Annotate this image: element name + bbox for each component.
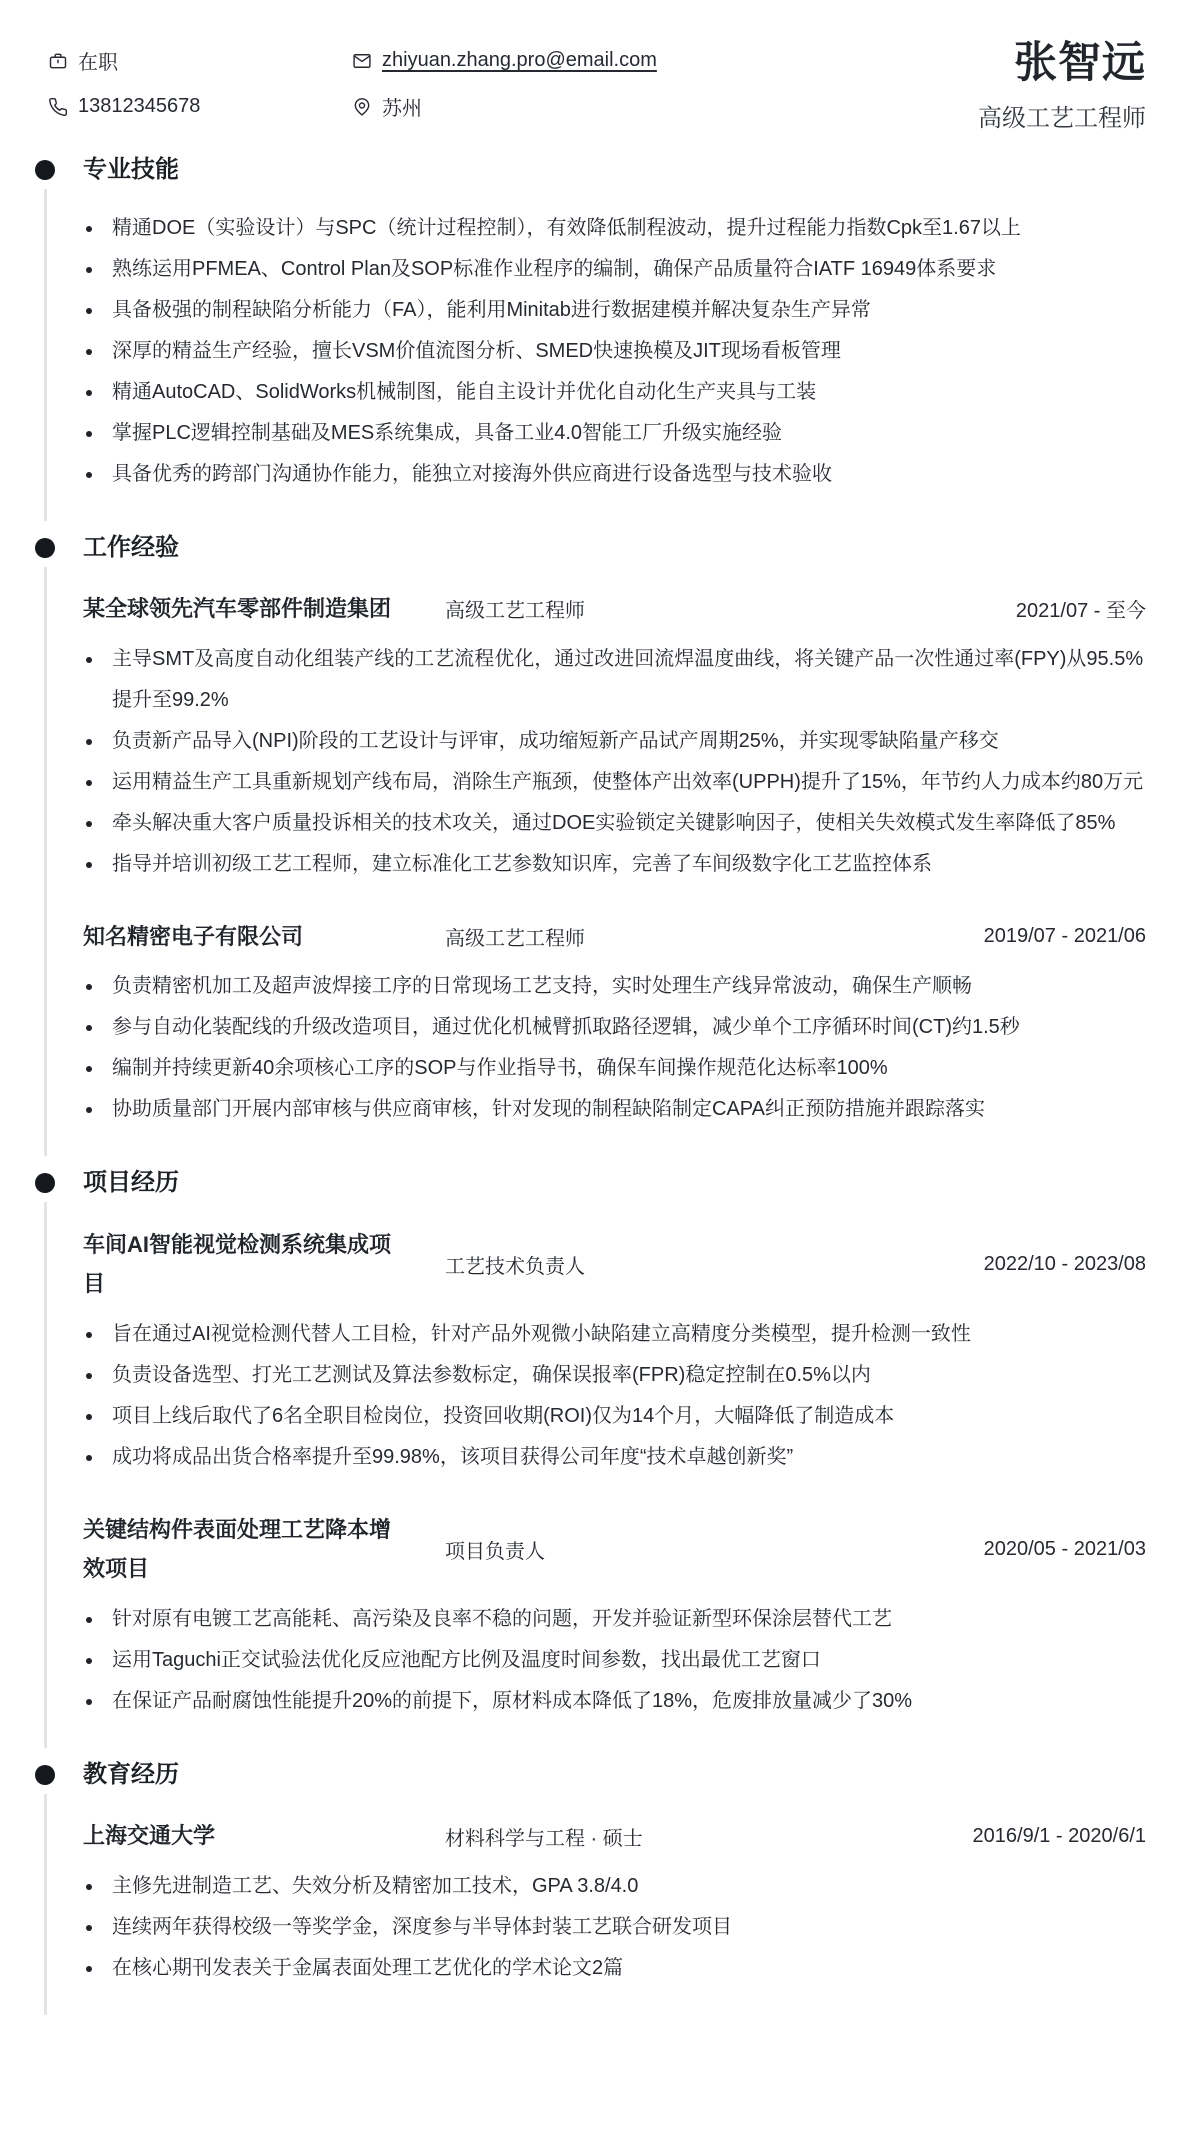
entry: 上海交通大学 材料科学与工程 · 硕士 2016/9/1 - 2020/6/1 … [83,1816,1146,1989]
entry: 车间AI智能视觉检测系统集成项目 工艺技术负责人 2022/10 - 2023/… [83,1225,1146,1478]
resume-section: 项目经历 车间AI智能视觉检测系统集成项目 工艺技术负责人 2022/10 - … [35,1170,1146,1722]
bullet-list: 精通DOE（实验设计）与SPC（统计过程控制），有效降低制程波动，提升过程能力指… [83,208,1146,495]
list-item: 运用精益生产工具重新规划产线布局，消除生产瓶颈，使整体产出效率(UPPH)提升了… [83,762,1146,803]
bullet-list: 负责精密机加工及超声波焊接工序的日常现场工艺支持，实时处理生产线异常波动，确保生… [83,966,1146,1130]
bullet-text: 主修先进制造工艺、失效分析及精密加工技术，GPA 3.8/4.0 [112,1866,1146,1907]
bullet-dot [86,780,92,786]
section-rail-line [44,567,47,1157]
email-link[interactable]: zhiyuan.zhang.pro@email.com [382,49,657,72]
entry-header: 知名精密电子有限公司 高级工艺工程师 2019/07 - 2021/06 [83,917,1146,957]
bullet-dot [86,349,92,355]
bullet-list: 旨在通过AI视觉检测代替人工目检，针对产品外观微小缺陷建立高精度分类模型，提升检… [83,1314,1146,1478]
entry-role: 高级工艺工程师 [398,594,1016,623]
list-item: 指导并培训初级工艺工程师，建立标准化工艺参数知识库，完善了车间级数字化工艺监控体… [83,844,1146,885]
entry-header: 上海交通大学 材料科学与工程 · 硕士 2016/9/1 - 2020/6/1 [83,1816,1146,1856]
bullet-text: 针对原有电镀工艺高能耗、高污染及良率不稳的问题，开发并验证新型环保涂层替代工艺 [112,1599,1146,1640]
bullet-text: 牵头解决重大客户质量投诉相关的技术攻关，通过DOE实验锁定关键影响因子，使相关失… [112,803,1146,844]
entry-name: 车间AI智能视觉检测系统集成项目 [83,1225,398,1304]
list-item: 在核心期刊发表关于金属表面处理工艺优化的学术论文2篇 [83,1948,1146,1989]
bullet-dot [86,821,92,827]
entry-date: 2016/9/1 - 2020/6/1 [973,1825,1146,1848]
bullet-text: 编制并持续更新40余项核心工序的SOP与作业指导书，确保车间操作规范化达标率10… [112,1048,1146,1089]
bullet-dot [86,1455,92,1461]
bullet-text: 负责设备选型、打光工艺测试及算法参数标定，确保误报率(FPR)稳定控制在0.5%… [112,1355,1146,1396]
bullet-dot [86,1107,92,1113]
entry-header: 某全球领先汽车零部件制造集团 高级工艺工程师 2021/07 - 至今 [83,589,1146,629]
entry-date: 2019/07 - 2021/06 [984,925,1146,948]
bullet-text: 精通DOE（实验设计）与SPC（统计过程控制），有效降低制程波动，提升过程能力指… [112,208,1146,249]
bullet-text: 熟练运用PFMEA、Control Plan及SOP标准作业程序的编制，确保产品… [112,249,1146,290]
section-rail-line [44,189,47,520]
bullet-dot [86,657,92,663]
bullet-text: 具备优秀的跨部门沟通协作能力，能独立对接海外供应商进行设备选型与技术验收 [112,454,1146,495]
section-body: 精通DOE（实验设计）与SPC（统计过程控制），有效降低制程波动，提升过程能力指… [83,208,1146,495]
bullet-dot [86,1373,92,1379]
entry-name: 某全球领先汽车零部件制造集团 [83,589,398,629]
bullet-text: 指导并培训初级工艺工程师，建立标准化工艺参数知识库，完善了车间级数字化工艺监控体… [112,844,1146,885]
section-body: 某全球领先汽车零部件制造集团 高级工艺工程师 2021/07 - 至今 主导SM… [83,589,1146,1130]
entry: 知名精密电子有限公司 高级工艺工程师 2019/07 - 2021/06 负责精… [83,917,1146,1131]
list-item: 旨在通过AI视觉检测代替人工目检，针对产品外观微小缺陷建立高精度分类模型，提升检… [83,1314,1146,1355]
list-item: 编制并持续更新40余项核心工序的SOP与作业指导书，确保车间操作规范化达标率10… [83,1048,1146,1089]
briefcase-icon [48,51,68,71]
list-item: 熟练运用PFMEA、Control Plan及SOP标准作业程序的编制，确保产品… [83,249,1146,290]
bullet-text: 掌握PLC逻辑控制基础及MES系统集成，具备工业4.0智能工厂升级实施经验 [112,413,1146,454]
entry-role: 工艺技术负责人 [398,1250,984,1279]
phone-icon [48,97,68,117]
bullet-dot [86,390,92,396]
bullet-text: 项目上线后取代了6名全职目检岗位，投资回收期(ROI)仅为14个月，大幅降低了制… [112,1396,1146,1437]
entry: 关键结构件表面处理工艺降本增效项目 项目负责人 2020/05 - 2021/0… [83,1510,1146,1722]
resume-section: 教育经历 上海交通大学 材料科学与工程 · 硕士 2016/9/1 - 2020… [35,1762,1146,1989]
section-rail-line [44,1202,47,1748]
section-title: 专业技能 [83,157,1146,183]
bullet-dot [86,308,92,314]
bullet-text: 深厚的精益生产经验，擅长VSM价值流图分析、SMED快速换模及JIT现场看板管理 [112,331,1146,372]
resume-page: 在职 zhiyuan.zhang.pro@email.com 138123456… [0,0,1191,2136]
list-item: 精通AutoCAD、SolidWorks机械制图，能自主设计并优化自动化生产夹具… [83,372,1146,413]
bullet-text: 协助质量部门开展内部审核与供应商审核，针对发现的制程缺陷制定CAPA纠正预防措施… [112,1089,1146,1130]
list-item: 主修先进制造工艺、失效分析及精密加工技术，GPA 3.8/4.0 [83,1866,1146,1907]
list-item: 负责设备选型、打光工艺测试及算法参数标定，确保误报率(FPR)稳定控制在0.5%… [83,1355,1146,1396]
list-item: 成功将成品出货合格率提升至99.98%，该项目获得公司年度“技术卓越创新奖” [83,1437,1146,1478]
entry-role: 材料科学与工程 · 硕士 [398,1822,973,1851]
sections: 专业技能 精通DOE（实验设计）与SPC（统计过程控制），有效降低制程波动，提升… [35,157,1146,1989]
bullet-text: 参与自动化装配线的升级改造项目，通过优化机械臂抓取路径逻辑，减少单个工序循环时间… [112,1007,1146,1048]
bullet-list: 主修先进制造工艺、失效分析及精密加工技术，GPA 3.8/4.0 连续两年获得校… [83,1866,1146,1989]
bullet-dot [86,1066,92,1072]
list-item: 负责精密机加工及超声波焊接工序的日常现场工艺支持，实时处理生产线异常波动，确保生… [83,966,1146,1007]
entry-role: 项目负责人 [398,1535,984,1564]
list-item: 深厚的精益生产经验，擅长VSM价值流图分析、SMED快速换模及JIT现场看板管理 [83,331,1146,372]
bullet-dot [86,1025,92,1031]
bullet-text: 成功将成品出货合格率提升至99.98%，该项目获得公司年度“技术卓越创新奖” [112,1437,1146,1478]
bullet-text: 主导SMT及高度自动化组装产线的工艺流程优化，通过改进回流焊温度曲线，将关键产品… [112,639,1146,721]
entry-date: 2022/10 - 2023/08 [984,1253,1146,1276]
bullet-text: 精通AutoCAD、SolidWorks机械制图，能自主设计并优化自动化生产夹具… [112,372,1146,413]
mail-icon [352,51,372,71]
list-item: 在保证产品耐腐蚀性能提升20%的前提下，原材料成本降低了18%，危废排放量减少了… [83,1681,1146,1722]
section-body: 上海交通大学 材料科学与工程 · 硕士 2016/9/1 - 2020/6/1 … [83,1816,1146,1989]
resume-header: 在职 zhiyuan.zhang.pro@email.com 138123456… [35,40,1146,133]
name-block: 张智远 高级工艺工程师 [978,40,1146,133]
section-body: 车间AI智能视觉检测系统集成项目 工艺技术负责人 2022/10 - 2023/… [83,1225,1146,1722]
bullet-list: 主导SMT及高度自动化组装产线的工艺流程优化，通过改进回流焊温度曲线，将关键产品… [83,639,1146,885]
section-marker-dot [35,538,55,558]
list-item: 连续两年获得校级一等奖学金，深度参与半导体封装工艺联合研发项目 [83,1907,1146,1948]
entry-name: 知名精密电子有限公司 [83,917,398,957]
section-marker-dot [35,160,55,180]
bullet-list: 针对原有电镀工艺高能耗、高污染及良率不稳的问题，开发并验证新型环保涂层替代工艺 … [83,1599,1146,1722]
list-item: 具备优秀的跨部门沟通协作能力，能独立对接海外供应商进行设备选型与技术验收 [83,454,1146,495]
list-item: 运用Taguchi正交试验法优化反应池配方比例及温度时间参数，找出最优工艺窗口 [83,1640,1146,1681]
bullet-text: 运用Taguchi正交试验法优化反应池配方比例及温度时间参数，找出最优工艺窗口 [112,1640,1146,1681]
contact-text: 13812345678 [78,95,200,118]
bullet-dot [86,1332,92,1338]
bullet-text: 运用精益生产工具重新规划产线布局，消除生产瓶颈，使整体产出效率(UPPH)提升了… [112,762,1146,803]
bullet-dot [86,1699,92,1705]
bullet-dot [86,472,92,478]
bullet-dot [86,1617,92,1623]
bullet-text: 连续两年获得校级一等奖学金，深度参与半导体封装工艺联合研发项目 [112,1907,1146,1948]
bullet-text: 负责精密机加工及超声波焊接工序的日常现场工艺支持，实时处理生产线异常波动，确保生… [112,966,1146,1007]
bullet-dot [86,1966,92,1972]
bullet-text: 具备极强的制程缺陷分析能力（FA），能利用Minitab进行数据建模并解决复杂生… [112,290,1146,331]
list-item: 精通DOE（实验设计）与SPC（统计过程控制），有效降低制程波动，提升过程能力指… [83,208,1146,249]
bullet-dot [86,267,92,273]
person-name: 张智远 [978,40,1146,87]
list-item: 负责新产品导入(NPI)阶段的工艺设计与评审，成功缩短新产品试产周期25%，并实… [83,721,1146,762]
contact-grid: 在职 zhiyuan.zhang.pro@email.com 138123456… [48,40,657,121]
entry-date: 2020/05 - 2021/03 [984,1538,1146,1561]
section-rail-line [44,1794,47,2015]
list-item: 针对原有电镀工艺高能耗、高污染及良率不稳的问题，开发并验证新型环保涂层替代工艺 [83,1599,1146,1640]
contact-location: 苏州 [352,92,657,121]
section-marker-dot [35,1765,55,1785]
bullet-dot [86,226,92,232]
entry-header: 车间AI智能视觉检测系统集成项目 工艺技术负责人 2022/10 - 2023/… [83,1225,1146,1304]
bullet-text: 在核心期刊发表关于金属表面处理工艺优化的学术论文2篇 [112,1948,1146,1989]
entry-name: 上海交通大学 [83,1816,398,1856]
section-title: 工作经验 [83,535,1146,561]
entry: 某全球领先汽车零部件制造集团 高级工艺工程师 2021/07 - 至今 主导SM… [83,589,1146,885]
contact-text: 在职 [78,46,118,75]
contact-phone: 13812345678 [48,92,352,121]
section-title: 教育经历 [83,1762,1146,1788]
bullet-dot [86,1884,92,1890]
list-item: 项目上线后取代了6名全职目检岗位，投资回收期(ROI)仅为14个月，大幅降低了制… [83,1396,1146,1437]
bullet-text: 负责新产品导入(NPI)阶段的工艺设计与评审，成功缩短新产品试产周期25%，并实… [112,721,1146,762]
bullet-dot [86,1925,92,1931]
bullet-dot [86,739,92,745]
list-item: 牵头解决重大客户质量投诉相关的技术攻关，通过DOE实验锁定关键影响因子，使相关失… [83,803,1146,844]
contact-employment-status: 在职 [48,46,352,75]
list-item: 掌握PLC逻辑控制基础及MES系统集成，具备工业4.0智能工厂升级实施经验 [83,413,1146,454]
entry-name: 关键结构件表面处理工艺降本增效项目 [83,1510,398,1589]
bullet-dot [86,1414,92,1420]
list-item: 协助质量部门开展内部审核与供应商审核，针对发现的制程缺陷制定CAPA纠正预防措施… [83,1089,1146,1130]
contact-email: zhiyuan.zhang.pro@email.com [352,46,657,75]
list-item: 具备极强的制程缺陷分析能力（FA），能利用Minitab进行数据建模并解决复杂生… [83,290,1146,331]
person-job-title: 高级工艺工程师 [978,98,1146,133]
entry-date: 2021/07 - 至今 [1016,594,1146,623]
section-title: 项目经历 [83,1170,1146,1196]
list-item: 主导SMT及高度自动化组装产线的工艺流程优化，通过改进回流焊温度曲线，将关键产品… [83,639,1146,721]
resume-section: 专业技能 精通DOE（实验设计）与SPC（统计过程控制），有效降低制程波动，提升… [35,157,1146,494]
entry-role: 高级工艺工程师 [398,922,984,951]
bullet-dot [86,431,92,437]
entry-header: 关键结构件表面处理工艺降本增效项目 项目负责人 2020/05 - 2021/0… [83,1510,1146,1589]
section-marker-dot [35,1173,55,1193]
list-item: 参与自动化装配线的升级改造项目，通过优化机械臂抓取路径逻辑，减少单个工序循环时间… [83,1007,1146,1048]
contact-text: 苏州 [382,92,422,121]
bullet-dot [86,1658,92,1664]
bullet-dot [86,862,92,868]
location-pin-icon [352,97,372,117]
bullet-text: 旨在通过AI视觉检测代替人工目检，针对产品外观微小缺陷建立高精度分类模型，提升检… [112,1314,1146,1355]
bullet-dot [86,984,92,990]
resume-section: 工作经验 某全球领先汽车零部件制造集团 高级工艺工程师 2021/07 - 至今… [35,535,1146,1131]
bullet-text: 在保证产品耐腐蚀性能提升20%的前提下，原材料成本降低了18%，危废排放量减少了… [112,1681,1146,1722]
